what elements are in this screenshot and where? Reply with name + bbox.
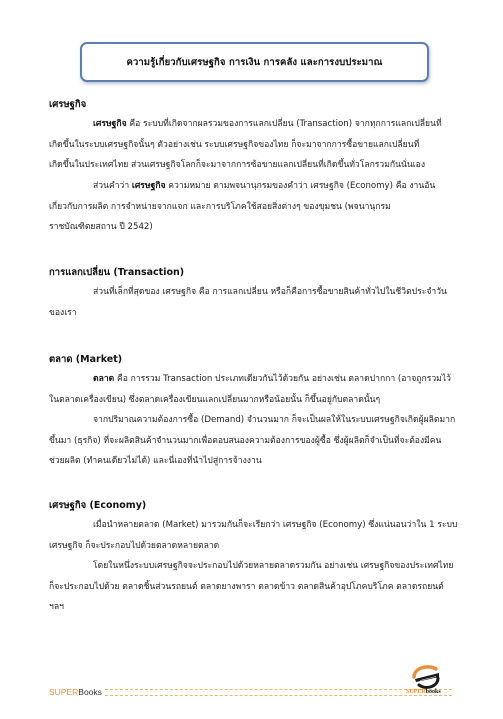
paragraph-line: เศรษฐกิจ ก็จะประกอบไปด้วยตลาดหลายตลาด — [49, 536, 469, 557]
paragraph-line: เกี่ยวกับการผลิต การจำหน่ายจากแจก และการ… — [49, 197, 469, 218]
logo-books: books — [426, 689, 441, 695]
line-text: เกี่ยวกับการผลิต การจำหน่ายจากแจก และการ… — [49, 202, 391, 212]
logo-super: SUPER — [406, 689, 426, 695]
paragraph-line: เกิดขึ้นในระบบเศรษฐกิจนั้นๆ ตัวอย่างเช่น… — [49, 135, 469, 156]
paragraph-market-definition: ตลาด คือ การรวม Transaction ประเภทเดียวก… — [49, 369, 469, 410]
line-text: ก็จะประกอบไปด้วย ตลาดชิ้นส่วนรถยนต์ ตลาด… — [49, 582, 444, 592]
paragraph-line: เมื่อนำหลายตลาด (Market) มารวมกันก็จะเรี… — [49, 515, 469, 536]
line-text: โดยในหนึ่งระบบเศรษฐกิจจะประกอบไปด้วยหลาย… — [93, 561, 453, 571]
line-text: ส่วนที่เล็กที่สุดของ เศรษฐกิจ คือ การแลก… — [93, 287, 447, 297]
footer-brand-books: Books — [78, 687, 102, 697]
logo-wordmark: SUPERbooks — [406, 689, 441, 695]
paragraph-line: ขึ้นมา (ธุรกิจ) ที่จะผลิตสินค้าจำนวนมากเ… — [49, 431, 469, 452]
paragraph-line: ช่วยผลิต (ทำคนเดียวไม่ได้) และนี่เองที่น… — [49, 451, 469, 472]
paragraph-line: ส่วนที่เล็กที่สุดของ เศรษฐกิจ คือ การแลก… — [49, 282, 469, 303]
title-box: ความรู้เกี่ยวกับเศรษฐกิจ การเงิน การคลัง… — [80, 42, 429, 82]
line-text: ฯลฯ — [49, 602, 64, 612]
line-text: เกิดขึ้นในระบบเศรษฐกิจนั้นๆ ตัวอย่างเช่น… — [49, 140, 419, 150]
section-heading-market: ตลาด (Market) — [49, 352, 122, 367]
document-page: ความรู้เกี่ยวกับเศรษฐกิจ การเงิน การคลัง… — [0, 0, 503, 719]
superbooks-logo: SUPERbooks — [406, 663, 448, 701]
bold-term: เศรษฐกิจ — [132, 181, 166, 191]
footer-divider — [105, 689, 452, 696]
line-text: เศรษฐกิจ ก็จะประกอบไปด้วยตลาดหลายตลาด — [49, 541, 219, 551]
paragraph-line: โดยในหนึ่งระบบเศรษฐกิจจะประกอบไปด้วยหลาย… — [49, 556, 469, 577]
bold-term: ตลาด — [93, 374, 114, 384]
paragraph-economy-markets: เมื่อนำหลายตลาด (Market) มารวมกันก็จะเรี… — [49, 515, 469, 556]
paragraph-line: ก็จะประกอบไปด้วย ตลาดชิ้นส่วนรถยนต์ ตลาด… — [49, 577, 469, 598]
paragraph-economy-example: โดยในหนึ่งระบบเศรษฐกิจจะประกอบไปด้วยหลาย… — [49, 556, 469, 618]
paragraph-economy-dictionary: ส่วนคำว่า เศรษฐกิจ ความหมาย ตามพจนานุกรม… — [49, 176, 469, 238]
paragraph-line: ราชบัณฑิตยสถาน ปี 2542) — [49, 217, 469, 238]
paragraph-line: เกิดขึ้นในประเทศไทย ส่วนเศรษฐกิจโลกก็จะม… — [49, 155, 469, 176]
line-text: ในตลาดเครื่องเขียน) ซึ่งตลาดเครื่องเขียน… — [49, 395, 380, 405]
section-heading-economy-intro: เศรษฐกิจ — [49, 97, 86, 112]
line-text: เมื่อนำหลายตลาด (Market) มารวมกันก็จะเรี… — [93, 520, 457, 530]
paragraph-line: ฯลฯ — [49, 597, 469, 618]
line-text: คือ ระบบที่เกิดจากผลรวมของการแลกเปลี่ยน … — [127, 119, 442, 129]
line-text: ราชบัณฑิตยสถาน ปี 2542) — [49, 222, 153, 232]
section-heading-transaction: การแลกเปลี่ยน (Transaction) — [49, 265, 184, 280]
line-text: ขึ้นมา (ธุรกิจ) ที่จะผลิตสินค้าจำนวนมากเ… — [49, 436, 441, 446]
paragraph-line: ตลาด คือ การรวม Transaction ประเภทเดียวก… — [49, 369, 469, 390]
line-text: ของเรา — [49, 308, 77, 318]
paragraph-transaction: ส่วนที่เล็กที่สุดของ เศรษฐกิจ คือ การแลก… — [49, 282, 469, 323]
line-text: จากปริมาณความต้องการซื้อ (Demand) จำนวนม… — [93, 415, 455, 425]
paragraph-line: ในตลาดเครื่องเขียน) ซึ่งตลาดเครื่องเขียน… — [49, 390, 469, 411]
paragraph-line: ของเรา — [49, 303, 469, 324]
section-heading-economy: เศรษฐกิจ (Economy) — [49, 498, 146, 513]
paragraph-economy-definition: เศรษฐกิจ คือ ระบบที่เกิดจากผลรวมของการแล… — [49, 114, 469, 176]
page-footer: SUPERBooks — [49, 684, 454, 700]
line-text: ช่วยผลิต (ทำคนเดียวไม่ได้) และนี่เองที่น… — [49, 456, 262, 466]
line-text: ส่วนคำว่า — [93, 181, 132, 191]
paragraph-line: จากปริมาณความต้องการซื้อ (Demand) จำนวนม… — [49, 410, 469, 431]
superbooks-swirl-logo-icon — [406, 663, 448, 691]
line-text: คือ การรวม Transaction ประเภทเดียวกันไว้… — [114, 374, 451, 384]
page-title: ความรู้เกี่ยวกับเศรษฐกิจ การเงิน การคลัง… — [126, 55, 382, 70]
paragraph-market-demand: จากปริมาณความต้องการซื้อ (Demand) จำนวนม… — [49, 410, 469, 472]
footer-brand-super: SUPER — [49, 687, 78, 697]
line-text: ความหมาย ตามพจนานุกรมของคำว่า เศรษฐกิจ (… — [166, 181, 436, 191]
line-text: เกิดขึ้นในประเทศไทย ส่วนเศรษฐกิจโลกก็จะม… — [49, 160, 425, 170]
paragraph-line: ส่วนคำว่า เศรษฐกิจ ความหมาย ตามพจนานุกรม… — [49, 176, 469, 197]
bold-term: เศรษฐกิจ — [93, 119, 127, 129]
footer-brand: SUPERBooks — [49, 687, 102, 697]
paragraph-line: เศรษฐกิจ คือ ระบบที่เกิดจากผลรวมของการแล… — [49, 114, 469, 135]
